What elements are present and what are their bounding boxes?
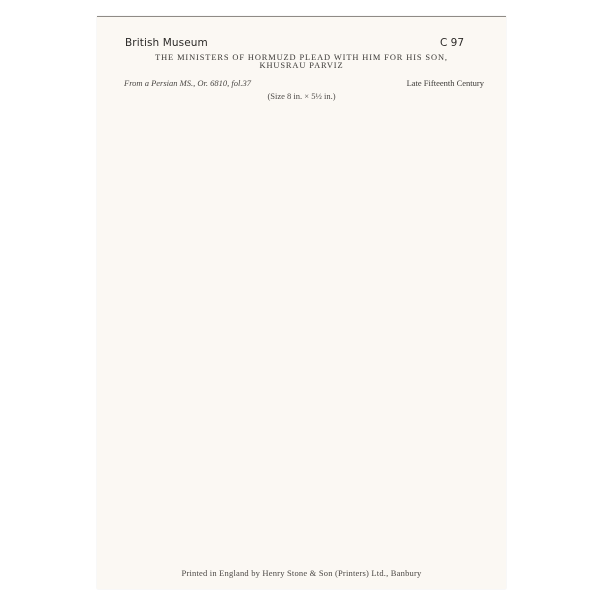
postcard-back: British Museum C 97 THE MINISTERS OF HOR… — [97, 16, 506, 589]
title-line-2: KHUSRAU PARVIZ — [97, 62, 506, 70]
artwork-size: (Size 8 in. × 5½ in.) — [97, 91, 506, 101]
printer-credit: Printed in England by Henry Stone & Son … — [97, 568, 506, 578]
source-manuscript: From a Persian MS., Or. 6810, fol.37 — [124, 78, 251, 88]
artwork-date: Late Fifteenth Century — [407, 78, 484, 88]
catalogue-number: C 97 — [440, 37, 464, 49]
artwork-title: THE MINISTERS OF HORMUZD PLEAD WITH HIM … — [97, 54, 506, 70]
publisher-name: British Museum — [125, 37, 208, 49]
